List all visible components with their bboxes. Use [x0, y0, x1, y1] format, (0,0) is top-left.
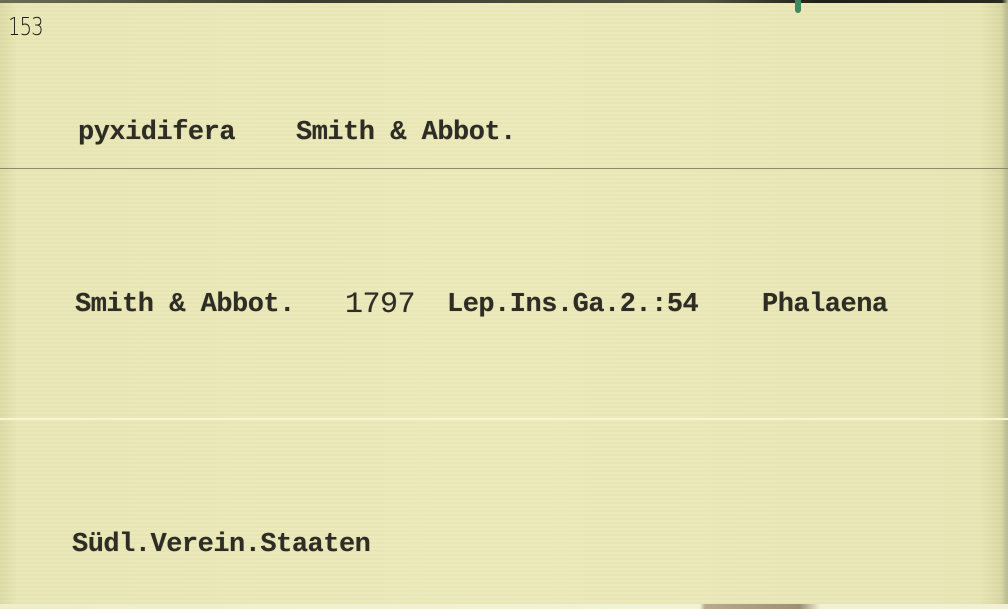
handwritten-card-number: 153 — [8, 12, 43, 41]
species-name: pyxidifera — [78, 118, 235, 148]
card-right-edge — [1002, 0, 1008, 609]
index-card: 153 pyxidifera Smith & Abbot. Smith & Ab… — [0, 0, 1008, 609]
printed-rule-line — [0, 168, 1008, 169]
species-author: Smith & Abbot. — [296, 118, 516, 148]
reference-citation: Lep.Ins.Ga.2.:54 — [447, 290, 698, 320]
card-fold-line — [0, 418, 1008, 420]
reference-year: 1797 — [345, 288, 415, 322]
card-top-edge — [0, 0, 1008, 3]
locality: Südl.Verein.Staaten — [72, 530, 370, 560]
original-genus: Phalaena — [762, 290, 888, 320]
card-bottom-edge — [0, 604, 1008, 609]
green-clip-mark — [795, 0, 801, 13]
reference-author: Smith & Abbot. — [75, 290, 295, 320]
